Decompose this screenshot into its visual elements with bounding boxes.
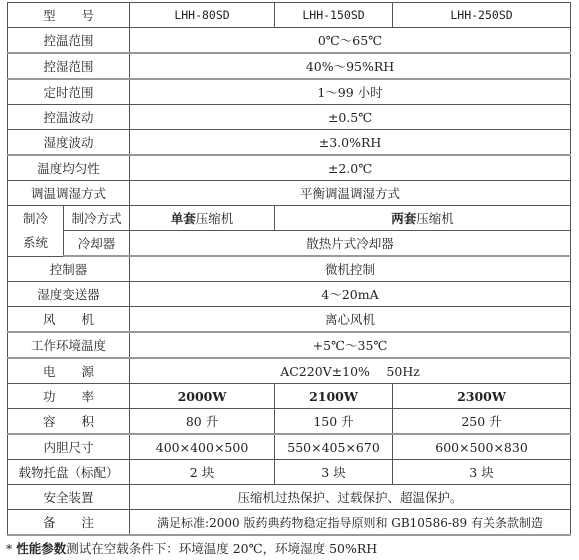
trays-250sd: 3 块 — [393, 460, 571, 485]
table-row: 控温范围 0℃～65℃ — [8, 28, 571, 54]
table-row: 安全装置 压缩机过热保护、过载保护、超温保护。 — [8, 485, 571, 510]
row-value: 离心风机 — [130, 307, 571, 333]
row-value: +5℃～35℃ — [130, 332, 571, 358]
table-row: 工作环境温度 +5℃～35℃ — [8, 332, 571, 358]
group-label-line1: 制冷 — [8, 207, 63, 231]
footnote-bold: 性能参数 — [16, 541, 66, 556]
row-label: 内胆尺寸 — [8, 434, 130, 460]
row-label: 控温范围 — [8, 28, 130, 54]
row-value: ±0.5℃ — [130, 105, 571, 130]
model-80sd: LHH-80SD — [130, 3, 275, 28]
row-label: 风机 — [8, 307, 130, 333]
row-value: 微机控制 — [130, 256, 571, 282]
volume-250sd: 250 升 — [393, 409, 571, 435]
row-value: 1～99 小时 — [130, 79, 571, 105]
row-value: 散热片式冷却器 — [130, 231, 571, 257]
trays-80sd: 2 块 — [130, 460, 275, 485]
row-label: 制冷方式 — [64, 206, 130, 231]
volume-80sd: 80 升 — [130, 409, 275, 435]
group-label-line2: 系统 — [8, 231, 63, 255]
row-label: 湿度波动 — [8, 130, 130, 156]
table-row: 电源 AC220V±10% 50Hz — [8, 358, 571, 384]
size-80sd: 400×400×500 — [130, 434, 275, 460]
volume-150sd: 150 升 — [275, 409, 393, 435]
spec-table: 型号 LHH-80SD LHH-150SD LHH-250SD 控温范围 0℃～… — [7, 2, 571, 536]
footnote-star: * — [6, 541, 16, 556]
single-compressor: 单套压缩机 — [130, 206, 275, 231]
table-row-model: 型号 LHH-80SD LHH-150SD LHH-250SD — [8, 3, 571, 28]
refrigeration-group-label: 制冷 系统 — [8, 206, 64, 257]
row-label: 控湿范围 — [8, 53, 130, 79]
row-value: 满足标准:2000 版药典药物稳定指导原则和 GB10586-89 有关条款制造 — [130, 510, 571, 536]
table-row: 湿度变送器 4～20mA — [8, 282, 571, 307]
table-row-cooler: 冷却器 散热片式冷却器 — [8, 231, 571, 257]
single-rest: 压缩机 — [196, 211, 234, 226]
table-row: 控湿范围 40%～95%RH — [8, 53, 571, 79]
row-value: 4～20mA — [130, 282, 571, 307]
model-label: 型号 — [8, 3, 130, 28]
model-150sd: LHH-150SD — [275, 3, 393, 28]
footnote: * 性能参数测试在空载条件下：环境温度 20℃，环境湿度 50%RH — [6, 539, 377, 557]
model-250sd: LHH-250SD — [393, 3, 571, 28]
size-150sd: 550×405×670 — [275, 434, 393, 460]
trays-150sd: 3 块 — [275, 460, 393, 485]
row-label: 控制器 — [8, 256, 130, 282]
row-label: 工作环境温度 — [8, 332, 130, 358]
row-value: 0℃～65℃ — [130, 28, 571, 54]
row-label: 控温波动 — [8, 105, 130, 130]
size-250sd: 600×500×830 — [393, 434, 571, 460]
power-150sd: 2100W — [275, 384, 393, 409]
row-label: 调温调湿方式 — [8, 181, 130, 206]
row-label: 载物托盘（标配） — [8, 460, 130, 485]
row-value: AC220V±10% 50Hz — [130, 358, 571, 384]
table-row: 调温调湿方式 平衡调温调湿方式 — [8, 181, 571, 206]
power-80sd: 2000W — [130, 384, 275, 409]
row-value: ±2.0℃ — [130, 155, 571, 181]
row-label: 冷却器 — [64, 231, 130, 257]
table-row: 风机 离心风机 — [8, 307, 571, 333]
table-row-trays: 载物托盘（标配） 2 块 3 块 3 块 — [8, 460, 571, 485]
table-row-refrigeration-method: 制冷 系统 制冷方式 单套压缩机 两套压缩机 — [8, 206, 571, 231]
row-label: 温度均匀性 — [8, 155, 130, 181]
row-label: 电源 — [8, 358, 130, 384]
double-bold: 两套 — [391, 211, 416, 226]
row-label: 备注 — [8, 510, 130, 536]
row-value: 压缩机过热保护、过载保护、超温保护。 — [130, 485, 571, 510]
row-label: 湿度变送器 — [8, 282, 130, 307]
double-compressor: 两套压缩机 — [275, 206, 571, 231]
power-250sd: 2300W — [393, 384, 571, 409]
row-value: 40%～95%RH — [130, 53, 571, 79]
footnote-text: 测试在空载条件下：环境温度 20℃，环境湿度 50%RH — [66, 541, 377, 556]
table-row: 湿度波动 ±3.0%RH — [8, 130, 571, 156]
single-bold: 单套 — [171, 211, 196, 226]
row-label: 安全装置 — [8, 485, 130, 510]
table-row-inner-size: 内胆尺寸 400×400×500 550×405×670 600×500×830 — [8, 434, 571, 460]
row-value: ±3.0%RH — [130, 130, 571, 156]
table-row-power: 功率 2000W 2100W 2300W — [8, 384, 571, 409]
table-row: 控温波动 ±0.5℃ — [8, 105, 571, 130]
table-row-volume: 容积 80 升 150 升 250 升 — [8, 409, 571, 435]
row-value: 平衡调温调湿方式 — [130, 181, 571, 206]
row-label: 功率 — [8, 384, 130, 409]
table-row: 备注 满足标准:2000 版药典药物稳定指导原则和 GB10586-89 有关条… — [8, 510, 571, 536]
row-label: 定时范围 — [8, 79, 130, 105]
table-row: 温度均匀性 ±2.0℃ — [8, 155, 571, 181]
table-row: 定时范围 1～99 小时 — [8, 79, 571, 105]
double-rest: 压缩机 — [416, 211, 454, 226]
table-row: 控制器 微机控制 — [8, 256, 571, 282]
row-label: 容积 — [8, 409, 130, 435]
